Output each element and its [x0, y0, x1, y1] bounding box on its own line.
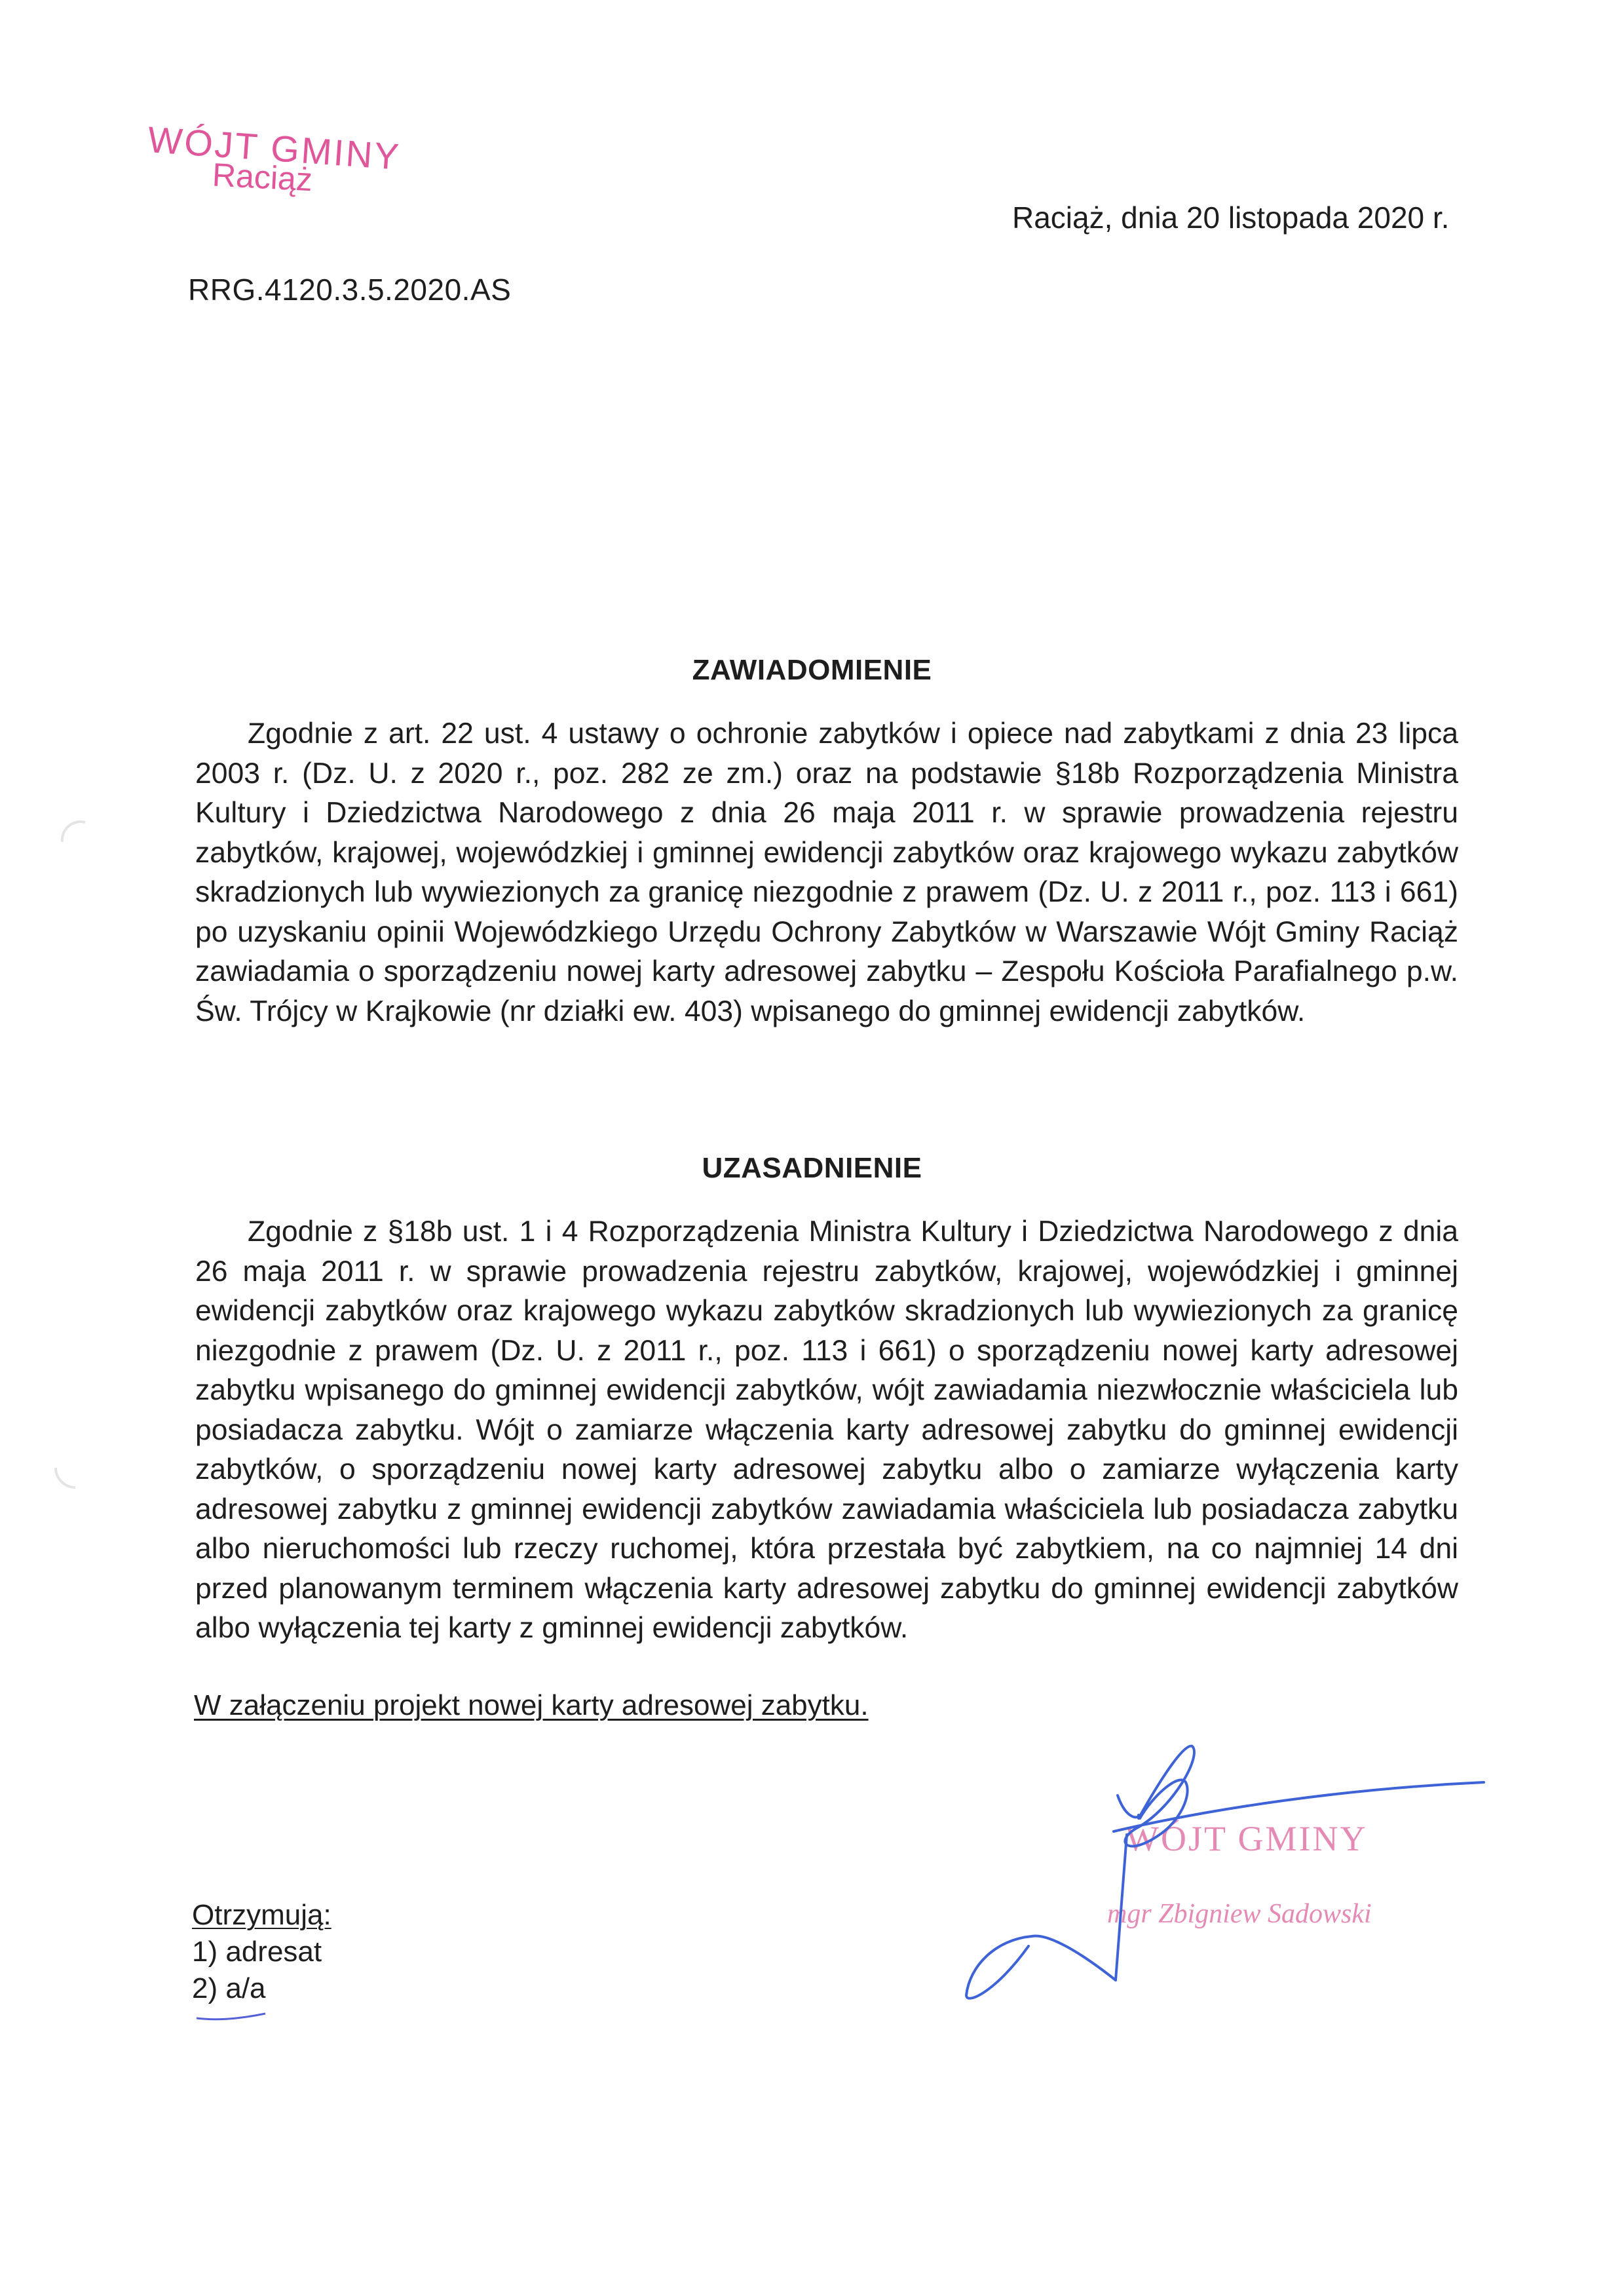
place-and-date: Raciąż, dnia 20 listopada 2020 r.	[1012, 200, 1449, 235]
justification-body: Zgodnie z §18b ust. 1 i 4 Rozporządzenia…	[195, 1212, 1458, 1649]
recipient-item: 1) adresat	[192, 1934, 331, 1970]
notice-text: Zgodnie z art. 22 ust. 4 ustawy o ochron…	[195, 717, 1458, 1027]
office-stamp: WÓJT GMINY Raciąż	[149, 118, 403, 199]
justification-text: Zgodnie z §18b ust. 1 i 4 Rozporządzenia…	[195, 1215, 1458, 1644]
recipients-list: Otrzymują: 1) adresat 2) a/a	[192, 1897, 331, 2007]
signature-stamp-title: WÓJT GMINY	[1107, 1818, 1372, 1859]
punch-hole-icon	[56, 1468, 75, 1487]
signature-stamp: WÓJT GMINY mgr Zbigniew Sadowski	[1107, 1818, 1372, 1930]
justification-title: UZASADNIENIE	[0, 1152, 1624, 1185]
notice-body: Zgodnie z art. 22 ust. 4 ustawy o ochron…	[195, 714, 1458, 1031]
signature-stamp-name: mgr Zbigniew Sadowski	[1107, 1898, 1372, 1930]
attachment-note: W załączeniu projekt nowej karty adresow…	[194, 1689, 869, 1722]
recipients-header: Otrzymują:	[192, 1897, 331, 1934]
punch-hole-icon	[62, 822, 85, 842]
handwritten-underline-icon	[197, 2014, 265, 2019]
reference-number: RRG.4120.3.5.2020.AS	[188, 272, 511, 307]
notice-title: ZAWIADOMIENIE	[0, 654, 1624, 687]
recipient-item: 2) a/a	[192, 1970, 331, 2007]
